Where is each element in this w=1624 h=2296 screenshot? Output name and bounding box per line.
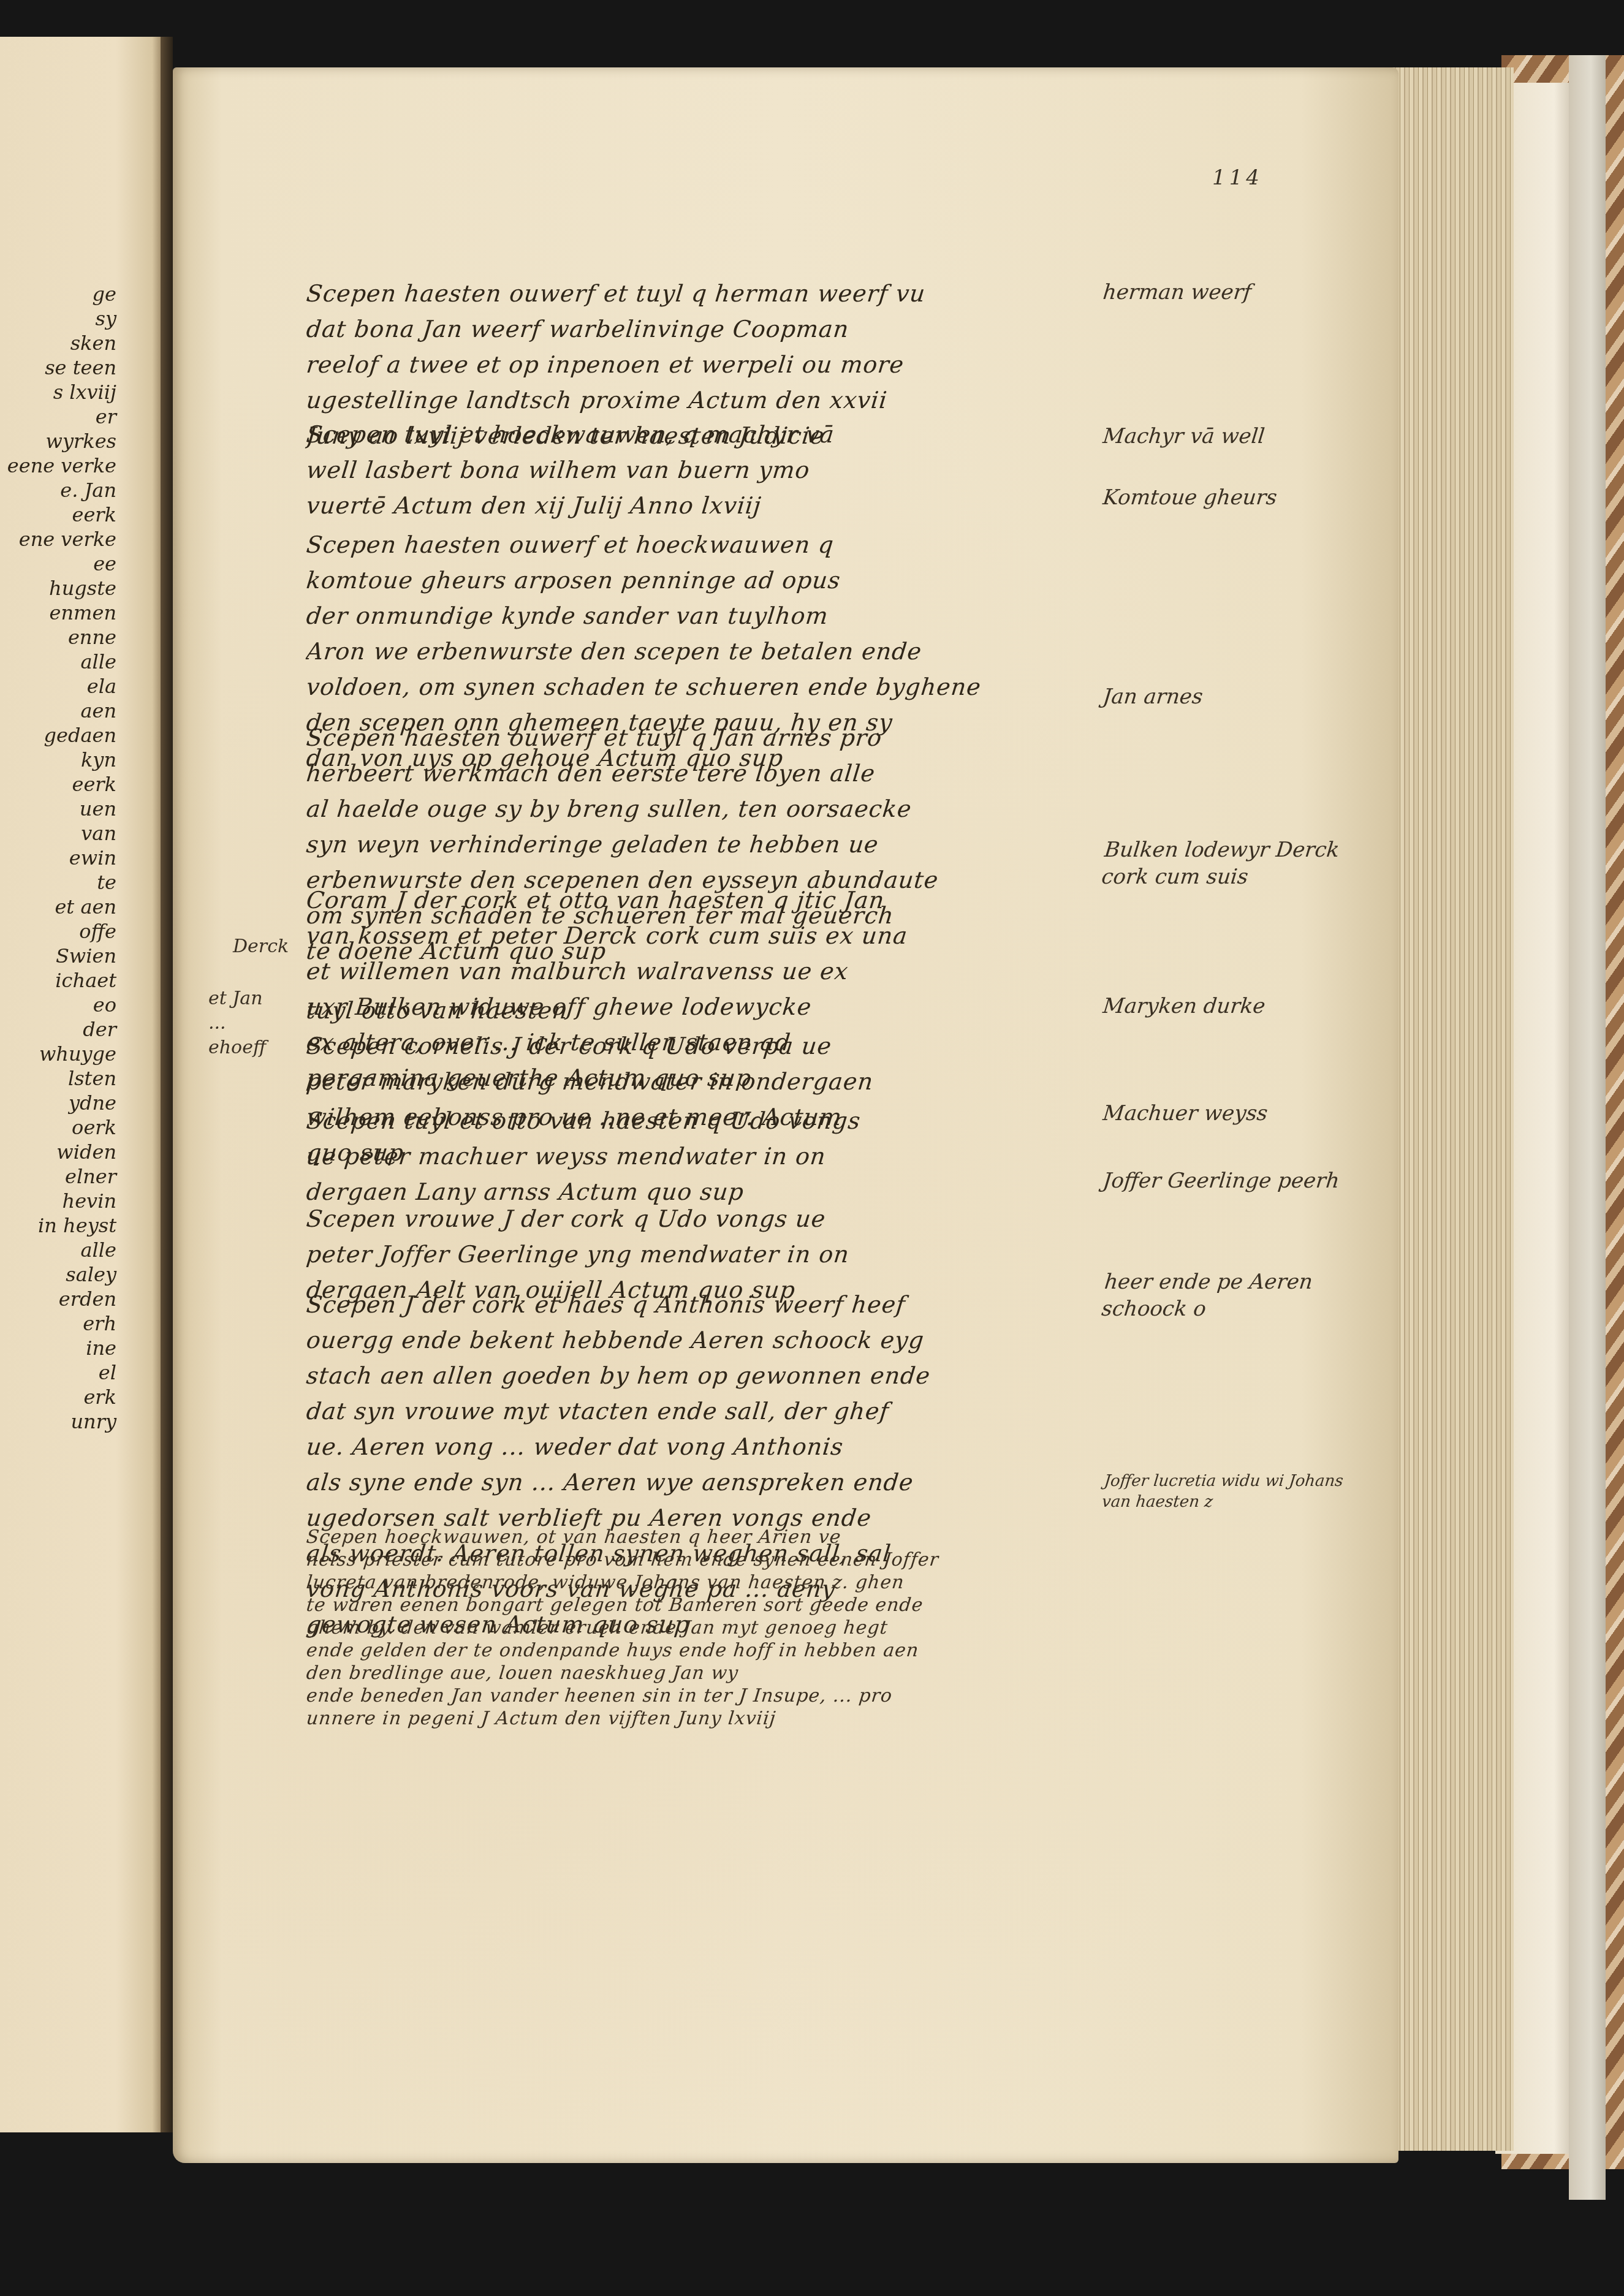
left-page-fragment: alle <box>0 1238 159 1262</box>
entry-line: syn weyn verhinderinge geladen te hebben… <box>305 827 940 862</box>
left-page-text-fragments: gesyskense teens lxviijerwyrkeseene verk… <box>0 282 159 1434</box>
left-page-fragment: erk <box>0 1385 159 1409</box>
left-page-fragment: ichaet <box>0 968 159 993</box>
left-page-fragment: hevin <box>0 1189 159 1213</box>
left-page-fragment: erh <box>0 1311 159 1336</box>
entry-line: reelof a twee et op inpenoen et werpeli … <box>305 347 927 382</box>
entry-line: al haelde ouge sy by breng sullen, ten o… <box>305 791 940 827</box>
left-page-fragment: elner <box>0 1164 159 1189</box>
left-page-fragment: et aen <box>0 895 159 919</box>
margin-name-note: Machyr vā well <box>1102 423 1266 450</box>
entry-line: peter maryken durg mendwater in ondergae… <box>305 1064 875 1099</box>
left-page-fragment: in heyst <box>0 1213 159 1238</box>
page-number: 114 <box>1212 165 1263 190</box>
left-page-fragment: widen <box>0 1140 159 1164</box>
entry-line: well lasbert bona wilhem van buern ymo <box>305 452 837 488</box>
margin-name-note: Jan arnes <box>1102 683 1204 710</box>
left-margin-note: Derck <box>233 934 289 959</box>
left-page-fragment: te <box>0 870 159 895</box>
left-page-fragment: lsten <box>0 1066 159 1091</box>
entry-line: vuertē Actum den xij Julij Anno lxviij <box>305 488 837 523</box>
register-entry: Scepen hoeckwauwen, ot van haesten q hee… <box>306 1526 939 1730</box>
left-page-fragment: sken <box>0 331 159 355</box>
left-page-fragment: se teen <box>0 355 159 380</box>
margin-name-note: Joffer lucretia widu wi Johans van haest… <box>1101 1471 1375 1512</box>
left-page-fragment: wyrkes <box>0 429 159 453</box>
register-entry: Scepen tuyl et hoeckwauwen, q machyr vāw… <box>306 417 835 523</box>
entry-line: ugestellinge landtsch proxime Actum den … <box>305 382 927 418</box>
page-fore-edge-stack <box>1391 67 1514 2151</box>
book-gutter <box>161 37 173 2132</box>
left-page-fragment: oerk <box>0 1115 159 1140</box>
entry-line: Scepen hoeckwauwen, ot van haesten q hee… <box>305 1526 940 1548</box>
margin-name-note: Machuer weyss <box>1102 1100 1269 1127</box>
left-page-fragment: gedaen <box>0 723 159 748</box>
entry-line: Scepen haesten ouwerf et tuyl q herman w… <box>305 276 927 311</box>
left-page-fragment: s lxviij <box>0 380 159 404</box>
entry-line: Scepen haesten ouwerf et tuyl q Jan arne… <box>305 720 940 756</box>
entry-line: Scepen haesten ouwerf et hoeckwauwen q <box>305 527 983 563</box>
margin-name-note: Komtoue gheurs <box>1102 484 1278 511</box>
entry-line: komtoue gheurs arposen penninge ad opus <box>305 563 983 598</box>
left-page-fragment: eo <box>0 993 159 1017</box>
margin-name-note: heer ende pe Aeren schoock o <box>1100 1268 1375 1322</box>
left-page-fragment: offe <box>0 919 159 944</box>
entry-line: tuyl otto van haesten <box>305 993 875 1028</box>
entry-line: herbeert werkmach den eerste tere loyen … <box>305 756 940 791</box>
entry-line: der onmundige kynde sander van tuylhom <box>305 598 983 634</box>
left-page-fragment: unry <box>0 1409 159 1434</box>
entry-line: et willemen van malburch walravenss ue e… <box>305 953 909 989</box>
entry-line: ende beneden Jan vander heenen sin in te… <box>305 1684 940 1707</box>
margin-name-note: Joffer Geerlinge peerh <box>1102 1167 1341 1194</box>
entry-line: Coram J der cork et otto van haesten q j… <box>305 882 909 918</box>
entry-line: dat syn vrouwe myt vtacten ende sall, de… <box>305 1393 932 1429</box>
left-page-fragment: ela <box>0 674 159 699</box>
left-page-fragment: sy <box>0 306 159 331</box>
entry-line: unnere in pegeni J Actum den vijften Jun… <box>305 1707 940 1730</box>
entry-line: ende gelden der te ondenpande huys ende … <box>305 1639 940 1662</box>
left-page-fragment: alle <box>0 650 159 674</box>
left-page-fragment: ee <box>0 551 159 576</box>
entry-line: ouergg ende bekent hebbende Aeren schooc… <box>305 1322 932 1358</box>
left-page-fragment: e. Jan <box>0 478 159 502</box>
entry-line: Scepen tuyl et hoeckwauwen, q machyr vā <box>305 417 837 452</box>
left-page-fragment: der <box>0 1017 159 1042</box>
margin-name-note: Maryken durke <box>1102 993 1267 1020</box>
left-page-fragment: eerk <box>0 502 159 527</box>
entry-line: voldoen, om synen schaden te schueren en… <box>305 669 983 705</box>
left-page-fragment: eerk <box>0 772 159 797</box>
left-page-fragment: ge <box>0 282 159 306</box>
entry-line: stach aen allen goeden by hem op gewonne… <box>305 1358 932 1393</box>
left-page-fragment: erden <box>0 1287 159 1311</box>
entry-line: Scepen J der cork et haes q Anthonis wee… <box>305 1287 932 1322</box>
left-page-fragment: ine <box>0 1336 159 1360</box>
entry-line: Scepen cornelis J der cork q Udo verpa u… <box>305 1028 875 1064</box>
left-page-fragment: enne <box>0 625 159 650</box>
entry-line: peter Joffer Geerlinge yng mendwater in … <box>305 1237 851 1272</box>
register-entry: Scepen tuyl et otto van haesten q Udo vo… <box>306 1103 860 1210</box>
margin-name-note: herman weerf <box>1102 279 1253 306</box>
vellum-cover-edge <box>1569 55 1606 2200</box>
left-page-fragment: aen <box>0 699 159 723</box>
left-page-fragment: uen <box>0 797 159 821</box>
left-page-fragment: saley <box>0 1262 159 1287</box>
entry-line: dat bona Jan weerf warbelinvinge Coopman <box>305 311 927 347</box>
left-page-fragment: er <box>0 404 159 429</box>
entry-line: Scepen tuyl et otto van haesten q Udo vo… <box>305 1103 862 1139</box>
margin-name-note: Bulken lodewyr Derck cork cum suis <box>1100 836 1375 890</box>
entry-line: lucreta van bredenrode, widuwe Johans va… <box>305 1571 940 1594</box>
left-page-fragment: ydne <box>0 1091 159 1115</box>
entry-line: ue. Aeren vong ... weder dat vong Anthon… <box>305 1429 932 1464</box>
entry-line: ue peter machuer weyss mendwater in on <box>305 1139 862 1174</box>
left-page-fragment: ewin <box>0 846 159 870</box>
entry-line: nelss priester cum tutore pro vom hem en… <box>305 1548 940 1571</box>
entry-line: Aron we erbenwurste den scepen te betale… <box>305 634 983 669</box>
entry-line: Scepen vrouwe J der cork q Udo vongs ue <box>305 1201 851 1237</box>
entry-line: den bredlinge aue, louen naeskhueg Jan w… <box>305 1662 940 1684</box>
left-page-fragment: hugste <box>0 576 159 601</box>
entry-line: als syne ende syn ... Aeren wye aensprek… <box>305 1464 932 1500</box>
entry-line: van kossem et peter Derck cork cum suis … <box>305 918 909 953</box>
left-page-fragment: Swien <box>0 944 159 968</box>
left-page-fragment: el <box>0 1360 159 1385</box>
entry-line: te waren eenen bongart gelegen tot Bamer… <box>305 1594 940 1616</box>
left-page-fragment: van <box>0 821 159 846</box>
left-page-fragment: kyn <box>0 748 159 772</box>
left-page-fragment: ene verke <box>0 527 159 551</box>
left-margin-note: et Jan ... ehoeff <box>208 987 282 1060</box>
left-page-fragment: whuyge <box>0 1042 159 1066</box>
left-page-fragment: enmen <box>0 601 159 625</box>
entry-line: ghem by. den van wamler erueh ende Jan m… <box>305 1616 940 1639</box>
left-page-fragment: eene verke <box>0 453 159 478</box>
